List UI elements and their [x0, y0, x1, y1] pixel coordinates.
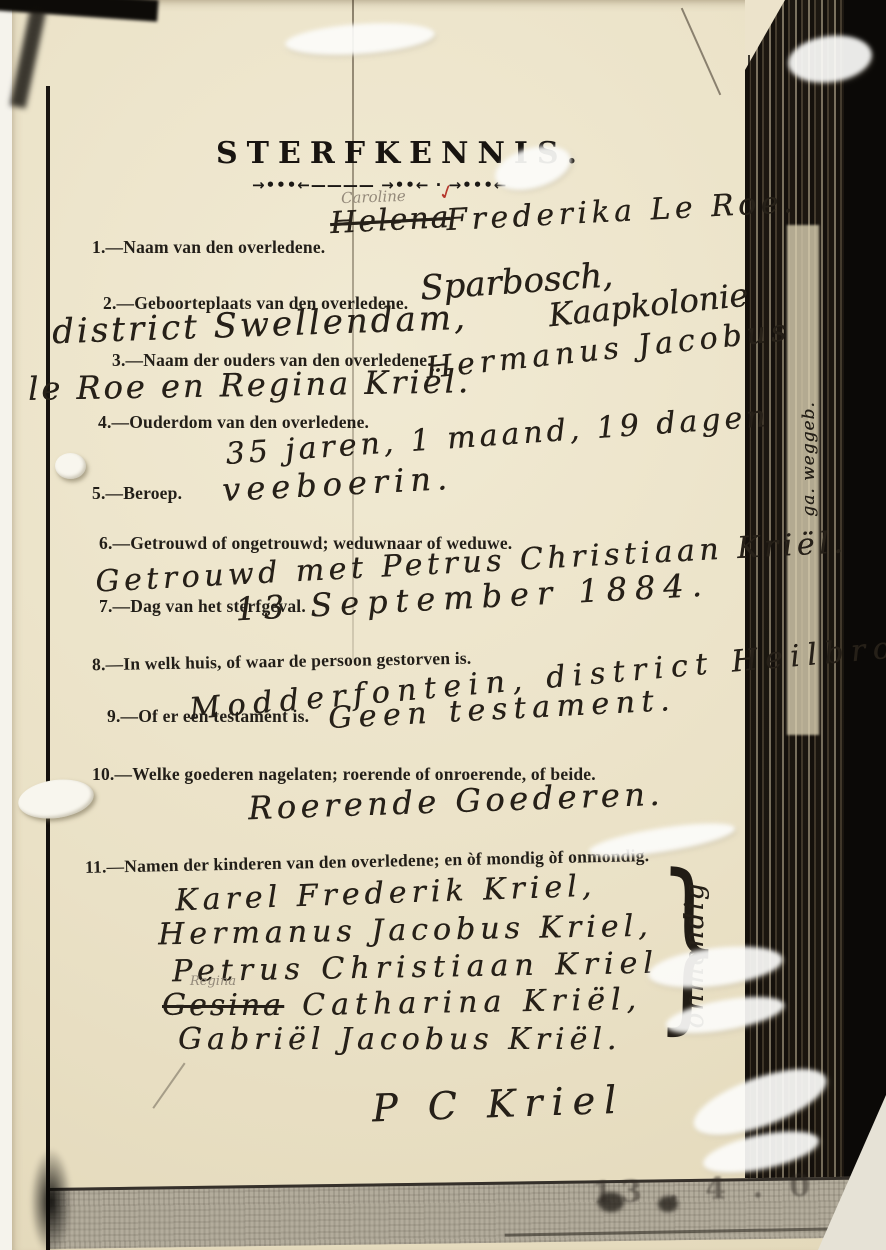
ink-smudge-bottom-left: [30, 1148, 72, 1250]
field-1-pencil-correction: Caroline: [341, 187, 406, 207]
child-name-4: Catharina Kriël,: [302, 982, 643, 1023]
signature: P C Kriel: [371, 1078, 626, 1131]
field-3-entry-2: le Roe en Regina Kriël.: [28, 362, 472, 408]
field-1-number: 1.—: [92, 237, 123, 257]
paper-corner-cut: [745, 0, 785, 70]
field-9-label: 9.—Of er een testamént is.: [107, 706, 309, 727]
gutter-black-edge: [844, 0, 886, 1178]
child-name-5: Gabriël Jacobus Kriël.: [178, 1022, 621, 1057]
child-4-struck-name: Gesina: [162, 988, 284, 1023]
punch-hole-top: [55, 453, 86, 479]
field-1-label: 1.—Naam van den overledene.: [92, 237, 325, 258]
field-5-label: 5.—Beroep.: [92, 483, 182, 504]
child-4-pencil-correction: Regina: [190, 974, 236, 989]
form-left-border-line: [46, 86, 50, 1250]
document-scan: 13 . 4 . 0 STERFKENNIS. →•••←———— →••← ·…: [0, 0, 886, 1250]
margin-note-rotated: ga. weggeb.: [799, 374, 827, 544]
